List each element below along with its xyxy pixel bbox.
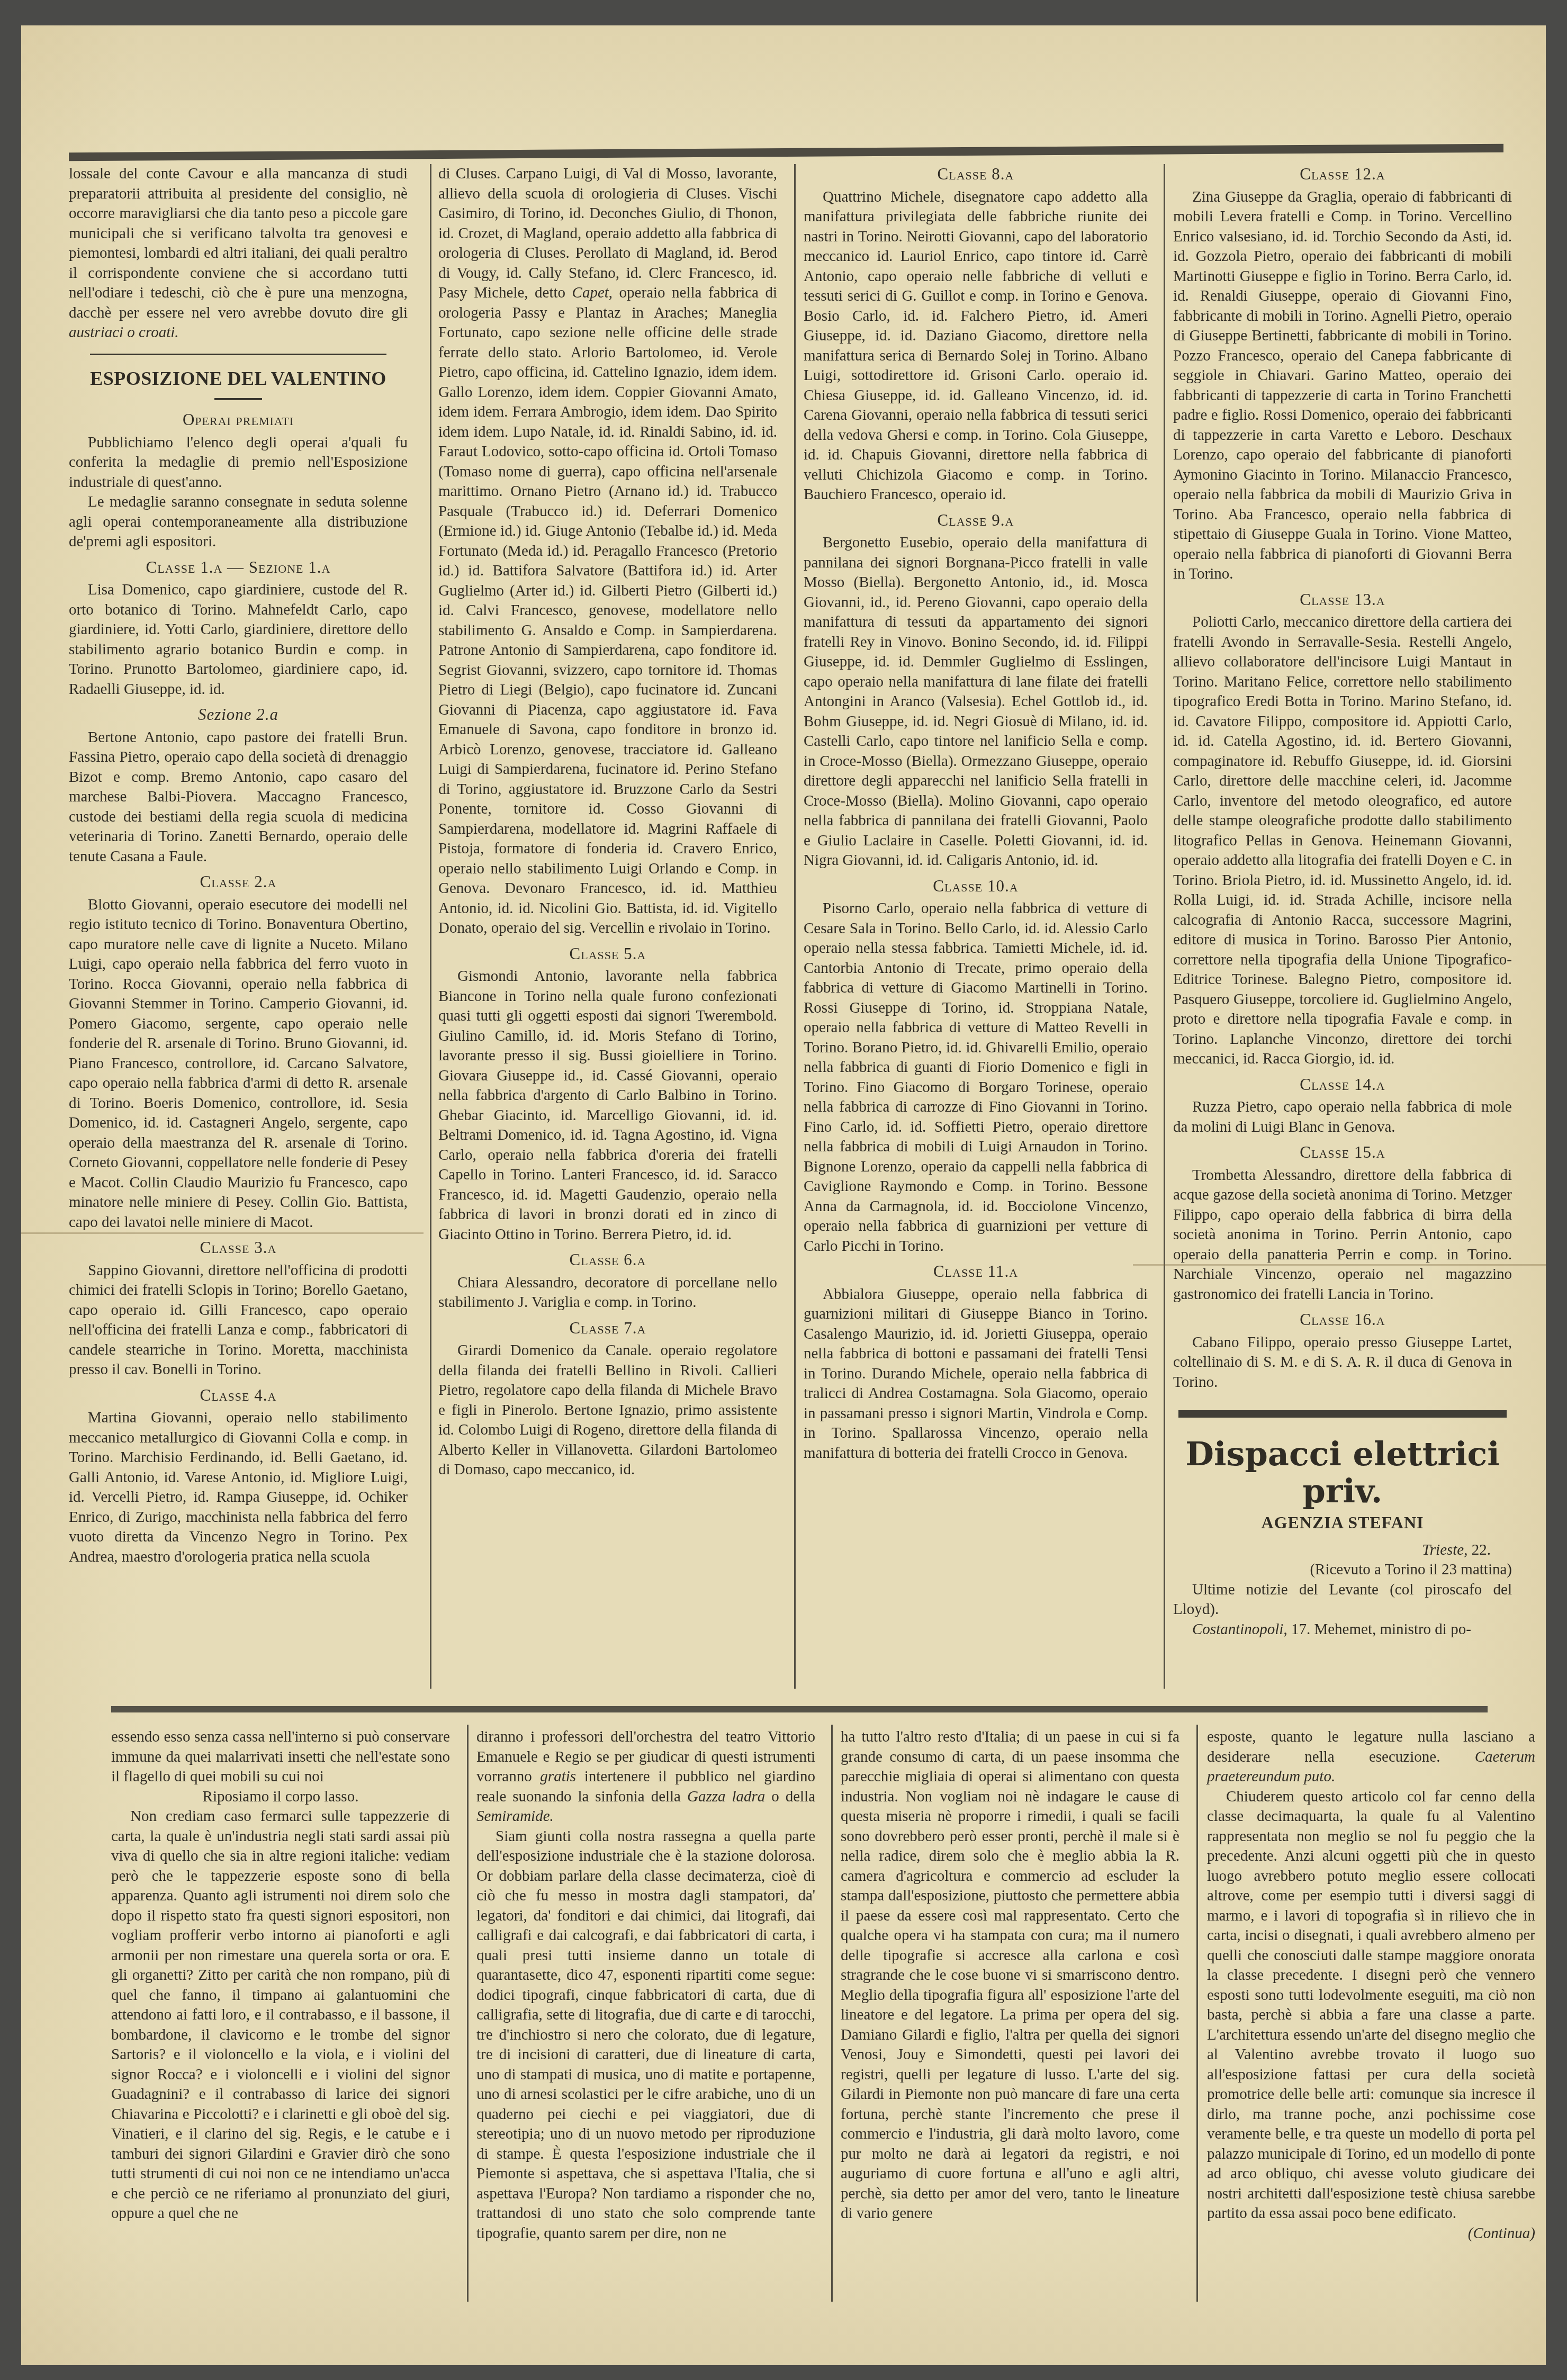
classe-entries: Gismondi Antonio, lavorante nella fabbri… — [438, 967, 777, 1245]
bottom-column-3: ha tutto l'altro resto d'Italia; di un p… — [841, 1727, 1179, 2224]
lead-paragraph: Pubblichiamo l'elenco degli operai a'qua… — [69, 433, 408, 493]
article-paragraph: essendo esso senza cassa nell'interno si… — [111, 1727, 450, 1787]
top-column-3: Classe 8.a Quattrino Michele, disegnator… — [804, 159, 1148, 1463]
article-paragraph: diranno i professori dell'orchestra del … — [476, 1727, 815, 1827]
column-rule — [1196, 1725, 1198, 2302]
classe-entries: di Cluses. Carpano Luigi, di Val di Moss… — [438, 164, 777, 939]
classe-heading: Classe 9.a — [804, 510, 1148, 530]
article-paragraph: esposte, quanto le legature nulla lascia… — [1207, 1727, 1535, 1787]
feuilleton-rule — [111, 1706, 1488, 1712]
classe-entries: Abbialora Giuseppe, operaio nella fabbri… — [804, 1285, 1148, 1464]
article-paragraph: Siam giunti colla nostra rassegna a quel… — [476, 1827, 815, 2244]
paper-crease — [21, 1232, 424, 1234]
classe-entries: Quattrino Michele, disegnatore capo adde… — [804, 187, 1148, 505]
classe-heading: Classe 7.a — [438, 1318, 777, 1338]
section-separator — [90, 354, 386, 355]
dispatch-body: Costantinopoli, 17. Mehemet, ministro di… — [1173, 1620, 1512, 1640]
classe-entries: Martina Giovanni, operaio nello stabilim… — [69, 1408, 408, 1567]
bottom-column-2: diranno i professori dell'orchestra del … — [476, 1727, 815, 2243]
classe-entries: Bergonetto Eusebio, operaio della manifa… — [804, 533, 1148, 871]
classe-heading: Classe 5.a — [438, 944, 777, 964]
article-paragraph: Non crediam caso fermarci sulle tappezze… — [111, 1807, 450, 2224]
classe-heading: Classe 4.a — [69, 1385, 408, 1405]
classe-entries: Chiara Alessandro, decoratore di porcell… — [438, 1273, 777, 1313]
top-column-2: di Cluses. Carpano Luigi, di Val di Moss… — [438, 164, 777, 1480]
classe-entries: Ruzza Pietro, capo operaio nella fabbric… — [1173, 1097, 1512, 1137]
classe-heading: Classe 11.a — [804, 1261, 1148, 1282]
classe-entries: Cabano Filippo, operaio presso Giuseppe … — [1173, 1333, 1512, 1393]
dispatch-rule — [1178, 1410, 1507, 1418]
classe-entries: Bertone Antonio, capo pastore dei fratel… — [69, 728, 408, 867]
paper-crease — [1133, 1264, 1546, 1266]
dispatch-body: Ultime notizie del Levante (col piroscaf… — [1173, 1580, 1512, 1620]
sezione-heading: Sezione 2.a — [69, 705, 408, 725]
lead-paragraph: Le medaglie saranno consegnate in seduta… — [69, 492, 408, 552]
classe-heading: Classe 12.a — [1173, 164, 1512, 184]
column-rule — [430, 164, 431, 1689]
classe-heading: Classe 10.a — [804, 876, 1148, 896]
article-paragraph: Chiuderem questo articolo col far cenno … — [1207, 1787, 1535, 2224]
column-rule — [831, 1725, 833, 2302]
classe-heading: Classe 3.a — [69, 1238, 408, 1258]
article-subtitle: Operai premiati — [69, 410, 408, 430]
column-rule — [794, 164, 796, 1689]
classe-entries: Poliotti Carlo, meccanico direttore dell… — [1173, 612, 1512, 1069]
bottom-column-1: essendo esso senza cassa nell'interno si… — [111, 1727, 450, 2224]
dispatch-agency: AGENZIA STEFANI — [1173, 1513, 1512, 1533]
dispatch-received: (Ricevuto a Torino il 23 mattina) — [1173, 1560, 1512, 1580]
intro-paragraph: lossale del conte Cavour e alla mancanza… — [69, 164, 408, 343]
classe-heading: Classe 15.a — [1173, 1142, 1512, 1162]
top-column-1: lossale del conte Cavour e alla mancanza… — [69, 164, 408, 1567]
classe-heading: Classe 1.a — Sezione 1.a — [69, 557, 408, 578]
classe-entries: Blotto Giovanni, operaio esecutore dei m… — [69, 895, 408, 1233]
classe-entries: Girardi Domenico da Canale. operaio rego… — [438, 1341, 777, 1480]
dispatch-title: Dispacci elettrici priv. — [1173, 1436, 1512, 1510]
top-column-4: Classe 12.a Zina Giuseppe da Graglia, op… — [1173, 159, 1512, 1639]
classe-heading: Classe 2.a — [69, 872, 408, 892]
classe-entries: Trombetta Alessandro, direttore della fa… — [1173, 1166, 1512, 1305]
article-paragraph: ha tutto l'altro resto d'Italia; di un p… — [841, 1727, 1179, 2224]
title-dash — [214, 398, 262, 400]
continua-note: (Continua) — [1207, 2224, 1535, 2244]
classe-heading: Classe 8.a — [804, 164, 1148, 184]
bottom-column-4: esposte, quanto le legature nulla lascia… — [1207, 1727, 1535, 2243]
newspaper-sheet: lossale del conte Cavour e alla mancanza… — [21, 25, 1546, 2365]
classe-heading: Classe 6.a — [438, 1250, 777, 1270]
verse-quote: Riposiamo il corpo lasso. — [111, 1787, 450, 1807]
column-rule — [1164, 164, 1165, 1689]
classe-heading: Classe 13.a — [1173, 590, 1512, 610]
dispatch-dateline: Trieste, 22. — [1173, 1540, 1491, 1561]
article-title: ESPOSIZIONE DEL VALENTINO — [69, 369, 408, 389]
classe-entries: Pisorno Carlo, operaio nella fabbrica di… — [804, 899, 1148, 1256]
column-rule — [467, 1725, 469, 2302]
classe-entries: Sappino Giovanni, direttore nell'officin… — [69, 1261, 408, 1380]
classe-heading: Classe 14.a — [1173, 1075, 1512, 1095]
classe-heading: Classe 16.a — [1173, 1310, 1512, 1330]
classe-entries: Zina Giuseppe da Graglia, operaio di fab… — [1173, 187, 1512, 584]
classe-entries: Lisa Domenico, capo giardiniere, custode… — [69, 580, 408, 699]
